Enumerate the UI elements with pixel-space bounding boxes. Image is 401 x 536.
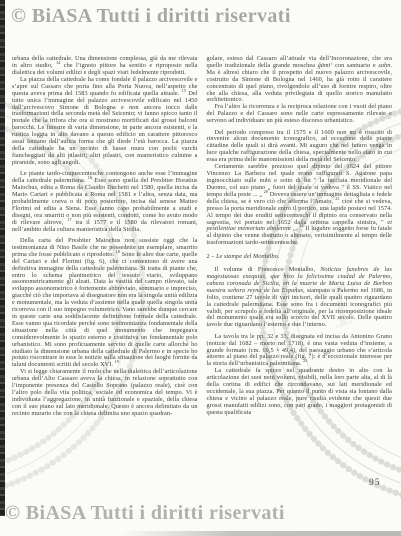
paragraph: Della carta del Presbiter Maiochus non s… [12, 238, 198, 369]
text-segment: 2 – [207, 253, 217, 260]
copyright-watermark-top: © BiASA Tutti i diritti riservati [11, 5, 291, 28]
copyright-watermark-bottom: © BiASA Tutti i diritti riservati [5, 502, 285, 525]
text-segment: Vi si legge chiaramente il ruolo che nel… [12, 368, 198, 416]
footnote-reference: 23 [303, 358, 307, 363]
paragraph: La tavola tra le pp. 32 e 33, disegnata … [207, 334, 393, 369]
text-segment: Del tutto unica l’immagine del palazzo a… [12, 90, 198, 166]
scan-bottom-edge [120, 531, 401, 536]
section-heading: 2 – Le stampe del Montalbo. [207, 254, 393, 261]
paragraph: Del periodo compreso tra il 1575 e il 16… [207, 130, 393, 165]
paragraph: Vi si legge chiaramente il ruolo che nel… [12, 369, 198, 417]
paragraph: La piazza della cattedrale ha come fonda… [12, 77, 198, 167]
footnote-reference: 19 [115, 359, 119, 364]
italic-text: Le stampe del Montalbo. [216, 253, 279, 260]
text-segment: . Ma è altresì chiaro che il prospetto d… [207, 62, 393, 104]
scan-spine-edge [0, 0, 5, 516]
scanned-book-page: T © BiASA Tutti i diritti riservati urba… [0, 0, 401, 536]
paragraph: Le piante tardo-cinquecentesche contengo… [12, 171, 198, 233]
text-segment: Fra l’altro la ricorrenza e la reciproca… [207, 103, 393, 124]
text-segment: , stampato a Palermo nel 1686, in folio,… [207, 287, 393, 329]
text-segment: Sono le altre due carte, quelle del Cart… [12, 251, 198, 369]
text-segment: La cattedrale fa spicco nel quadrante de… [207, 367, 393, 415]
text-body: urbana della cattedrale. Una dimensione … [12, 56, 392, 418]
paragraph: Il volume di Francesco Montalbo, Noticia… [207, 267, 393, 329]
text-segment: Del periodo compreso tra il 1575 e il 16… [207, 129, 393, 164]
paragraph: Fra l’altro la ricorrenza e la reciproca… [207, 104, 393, 125]
text-segment: La piazza della cattedrale ha come fonda… [12, 76, 198, 97]
text-column-right: golare, esteso dal Cassaro all’attuale v… [207, 56, 393, 418]
page-number: 95 [369, 478, 381, 488]
paragraph: urbana della cattedrale. Una dimensione … [12, 56, 198, 77]
paragraph: Certamente sarebbe prezioso quel dipinto… [207, 164, 393, 247]
paragraph: golare, esteso dal Cassaro all’attuale v… [207, 56, 393, 104]
paragraph: La cattedrale fa spicco nel quadrante de… [207, 368, 393, 416]
text-column-left: urbana della cattedrale. Una dimensione … [12, 56, 198, 418]
text-segment: La tavola tra le pp. 32 e 33, disegnata … [207, 333, 393, 368]
